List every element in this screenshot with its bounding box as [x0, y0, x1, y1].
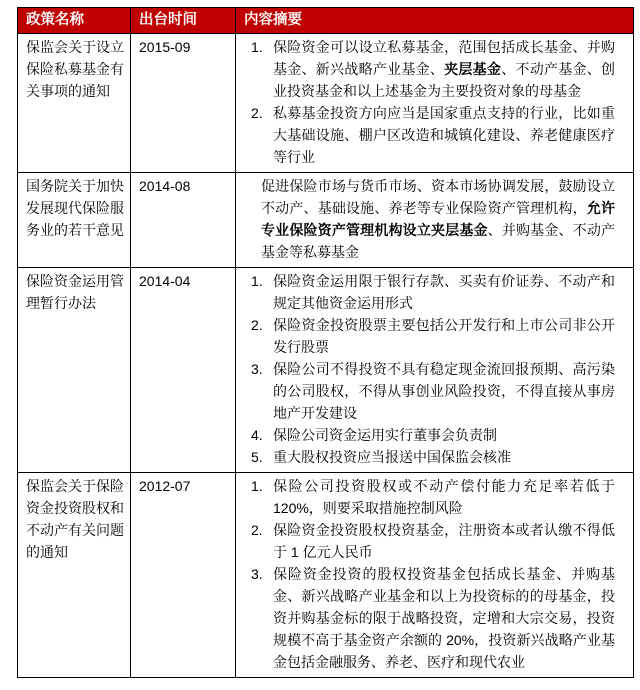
text-segment: 保险资金投资股权投资基金，注册资本或者认缴不得低于 1 亿元人民币 [273, 522, 615, 560]
policy-name-cell: 保险资金运用管理暂行办法 [18, 268, 131, 473]
table-row: 保监会关于保险资金投资股权和不动产有关问题的通知2012-071.保险公司投资股… [18, 473, 634, 678]
text-segment: 促进保险市场与货币市场、资本市场协调发展，鼓励设立不动产、基础设施、养老等专业保… [261, 178, 615, 216]
item-number: 3. [251, 358, 273, 424]
item-text: 私募基金投资方向应当是国家重点支持的行业，比如重大基础设施、棚户区改造和城镇化建… [273, 102, 627, 168]
item-number: 1. [251, 36, 273, 102]
header-policy-name: 政策名称 [18, 8, 131, 34]
text-segment: 保险公司不得投资不具有稳定现金流回报预期、高污染的公司股权，不得从事创业风险投资… [273, 361, 615, 421]
content-summary-cell: 1.保险资金可以设立私募基金，范围包括成长基金、并购基金、新兴战略产业基金、夹层… [236, 34, 634, 173]
item-number: 2. [251, 102, 273, 168]
item-number: 4. [251, 424, 273, 446]
item-text: 保险公司资金运用实行董事会负责制 [273, 424, 627, 446]
item-text: 保险资金运用限于银行存款、买卖有价证券、不动产和规定其他资金运用形式 [273, 270, 627, 314]
policy-name-cell: 国务院关于加快发展现代保险服务业的若干意见 [18, 173, 131, 268]
policy-name-cell: 保监会关于保险资金投资股权和不动产有关问题的通知 [18, 473, 131, 678]
header-release-date: 出台时间 [131, 8, 236, 34]
item-number: 1. [251, 270, 273, 314]
summary-item: 3.保险公司不得投资不具有稳定现金流回报预期、高污染的公司股权，不得从事创业风险… [244, 358, 627, 424]
item-text: 重大股权投资应当报送中国保监会核准 [273, 446, 627, 468]
content-summary-cell: 1.保险资金运用限于银行存款、买卖有价证券、不动产和规定其他资金运用形式2.保险… [236, 268, 634, 473]
release-date-cell: 2012-07 [131, 473, 236, 678]
content-summary-cell: 1.保险公司投资股权或不动产偿付能力充足率若低于 120%，则要采取措施控制风险… [236, 473, 634, 678]
policy-table: 政策名称 出台时间 内容摘要 保监会关于设立保险私募基金有关事项的通知2015-… [17, 7, 634, 678]
bold-highlight: 夹层基金 [444, 61, 501, 77]
summary-paragraph: 促进保险市场与货币市场、资本市场协调发展，鼓励设立不动产、基础设施、养老等专业保… [261, 175, 627, 263]
item-text: 保险资金投资的股权投资基金包括成长基金、并购基金、新兴战略产业基金和以上为投资标… [273, 563, 627, 673]
table-header-row: 政策名称 出台时间 内容摘要 [18, 8, 634, 34]
summary-item: 1.保险资金运用限于银行存款、买卖有价证券、不动产和规定其他资金运用形式 [244, 270, 627, 314]
summary-item: 1.保险资金可以设立私募基金，范围包括成长基金、并购基金、新兴战略产业基金、夹层… [244, 36, 627, 102]
item-number: 2. [251, 519, 273, 563]
release-date-cell: 2014-08 [131, 173, 236, 268]
item-number: 5. [251, 446, 273, 468]
table-row: 国务院关于加快发展现代保险服务业的若干意见2014-08促进保险市场与货币市场、… [18, 173, 634, 268]
item-number: 3. [251, 563, 273, 673]
text-segment: 私募基金投资方向应当是国家重点支持的行业，比如重大基础设施、棚户区改造和城镇化建… [273, 105, 615, 165]
text-segment: 保险公司投资股权或不动产偿付能力充足率若低于 120%，则要采取措施控制风险 [273, 478, 615, 516]
item-text: 保险资金投资股权投资基金，注册资本或者认缴不得低于 1 亿元人民币 [273, 519, 627, 563]
item-text: 保险资金投资股票主要包括公开发行和上市公司非公开发行股票 [273, 314, 627, 358]
header-content-summary: 内容摘要 [236, 8, 634, 34]
item-text: 保险资金可以设立私募基金，范围包括成长基金、并购基金、新兴战略产业基金、夹层基金… [273, 36, 627, 102]
text-segment: 保险资金运用限于银行存款、买卖有价证券、不动产和规定其他资金运用形式 [273, 273, 615, 311]
text-segment: 保险公司资金运用实行董事会负责制 [273, 427, 497, 443]
text-segment: 重大股权投资应当报送中国保监会核准 [273, 449, 511, 465]
release-date-cell: 2014-04 [131, 268, 236, 473]
content-summary-cell: 促进保险市场与货币市场、资本市场协调发展，鼓励设立不动产、基础设施、养老等专业保… [236, 173, 634, 268]
text-segment: 保险资金投资股票主要包括公开发行和上市公司非公开发行股票 [273, 317, 615, 355]
summary-item: 1.保险公司投资股权或不动产偿付能力充足率若低于 120%，则要采取措施控制风险 [244, 475, 627, 519]
summary-item: 4.保险公司资金运用实行董事会负责制 [244, 424, 627, 446]
item-text: 保险公司不得投资不具有稳定现金流回报预期、高污染的公司股权，不得从事创业风险投资… [273, 358, 627, 424]
summary-item: 2.保险资金投资股票主要包括公开发行和上市公司非公开发行股票 [244, 314, 627, 358]
text-segment: 保险资金投资的股权投资基金包括成长基金、并购基金、新兴战略产业基金和以上为投资标… [273, 566, 615, 670]
item-number: 1. [251, 475, 273, 519]
table-row: 保险资金运用管理暂行办法2014-041.保险资金运用限于银行存款、买卖有价证券… [18, 268, 634, 473]
release-date-cell: 2015-09 [131, 34, 236, 173]
policy-name-cell: 保监会关于设立保险私募基金有关事项的通知 [18, 34, 131, 173]
item-text: 保险公司投资股权或不动产偿付能力充足率若低于 120%，则要采取措施控制风险 [273, 475, 627, 519]
summary-item: 5.重大股权投资应当报送中国保监会核准 [244, 446, 627, 468]
summary-item: 2.保险资金投资股权投资基金，注册资本或者认缴不得低于 1 亿元人民币 [244, 519, 627, 563]
summary-item: 2.私募基金投资方向应当是国家重点支持的行业，比如重大基础设施、棚户区改造和城镇… [244, 102, 627, 168]
summary-item: 3.保险资金投资的股权投资基金包括成长基金、并购基金、新兴战略产业基金和以上为投… [244, 563, 627, 673]
policy-document-page: 政策名称 出台时间 内容摘要 保监会关于设立保险私募基金有关事项的通知2015-… [0, 0, 640, 690]
table-row: 保监会关于设立保险私募基金有关事项的通知2015-091.保险资金可以设立私募基… [18, 34, 634, 173]
policy-table-body: 保监会关于设立保险私募基金有关事项的通知2015-091.保险资金可以设立私募基… [18, 34, 634, 678]
item-number: 2. [251, 314, 273, 358]
